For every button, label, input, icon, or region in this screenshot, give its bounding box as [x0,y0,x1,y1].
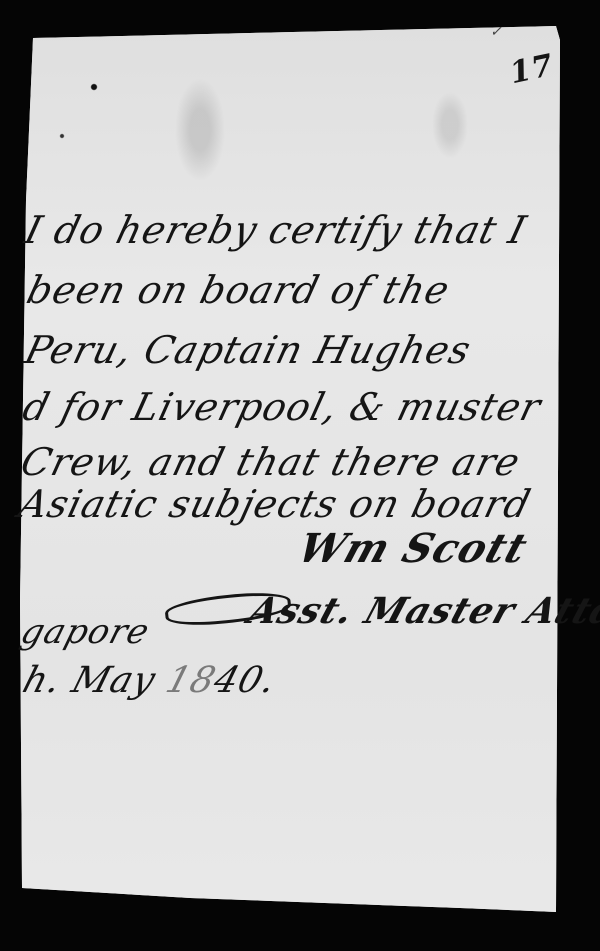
body-line-6: Asiatic subjects on board [15,482,536,526]
check-mark: ✓ [490,24,503,40]
body-line-2: been on board of the [23,268,455,312]
body-line-4: d for Liverpool, & muster [19,385,546,429]
place-line: gapore [16,612,154,652]
body-line-3: Peru, Captain Hughes [21,328,476,372]
body-line-1: I do hereby certify that I [21,208,532,252]
signature: Wm Scott [292,525,533,572]
body-line-5: Crew, and that there are [17,440,525,484]
date-line: h. May 1840. [18,660,281,701]
signatory-title: Asst. Master Attd. [243,590,600,632]
date-prefix: h. May [18,660,173,701]
date-year: 40. [209,660,281,701]
scanned-page: ✓ 17 I do hereby certify that I been on … [0,0,600,951]
